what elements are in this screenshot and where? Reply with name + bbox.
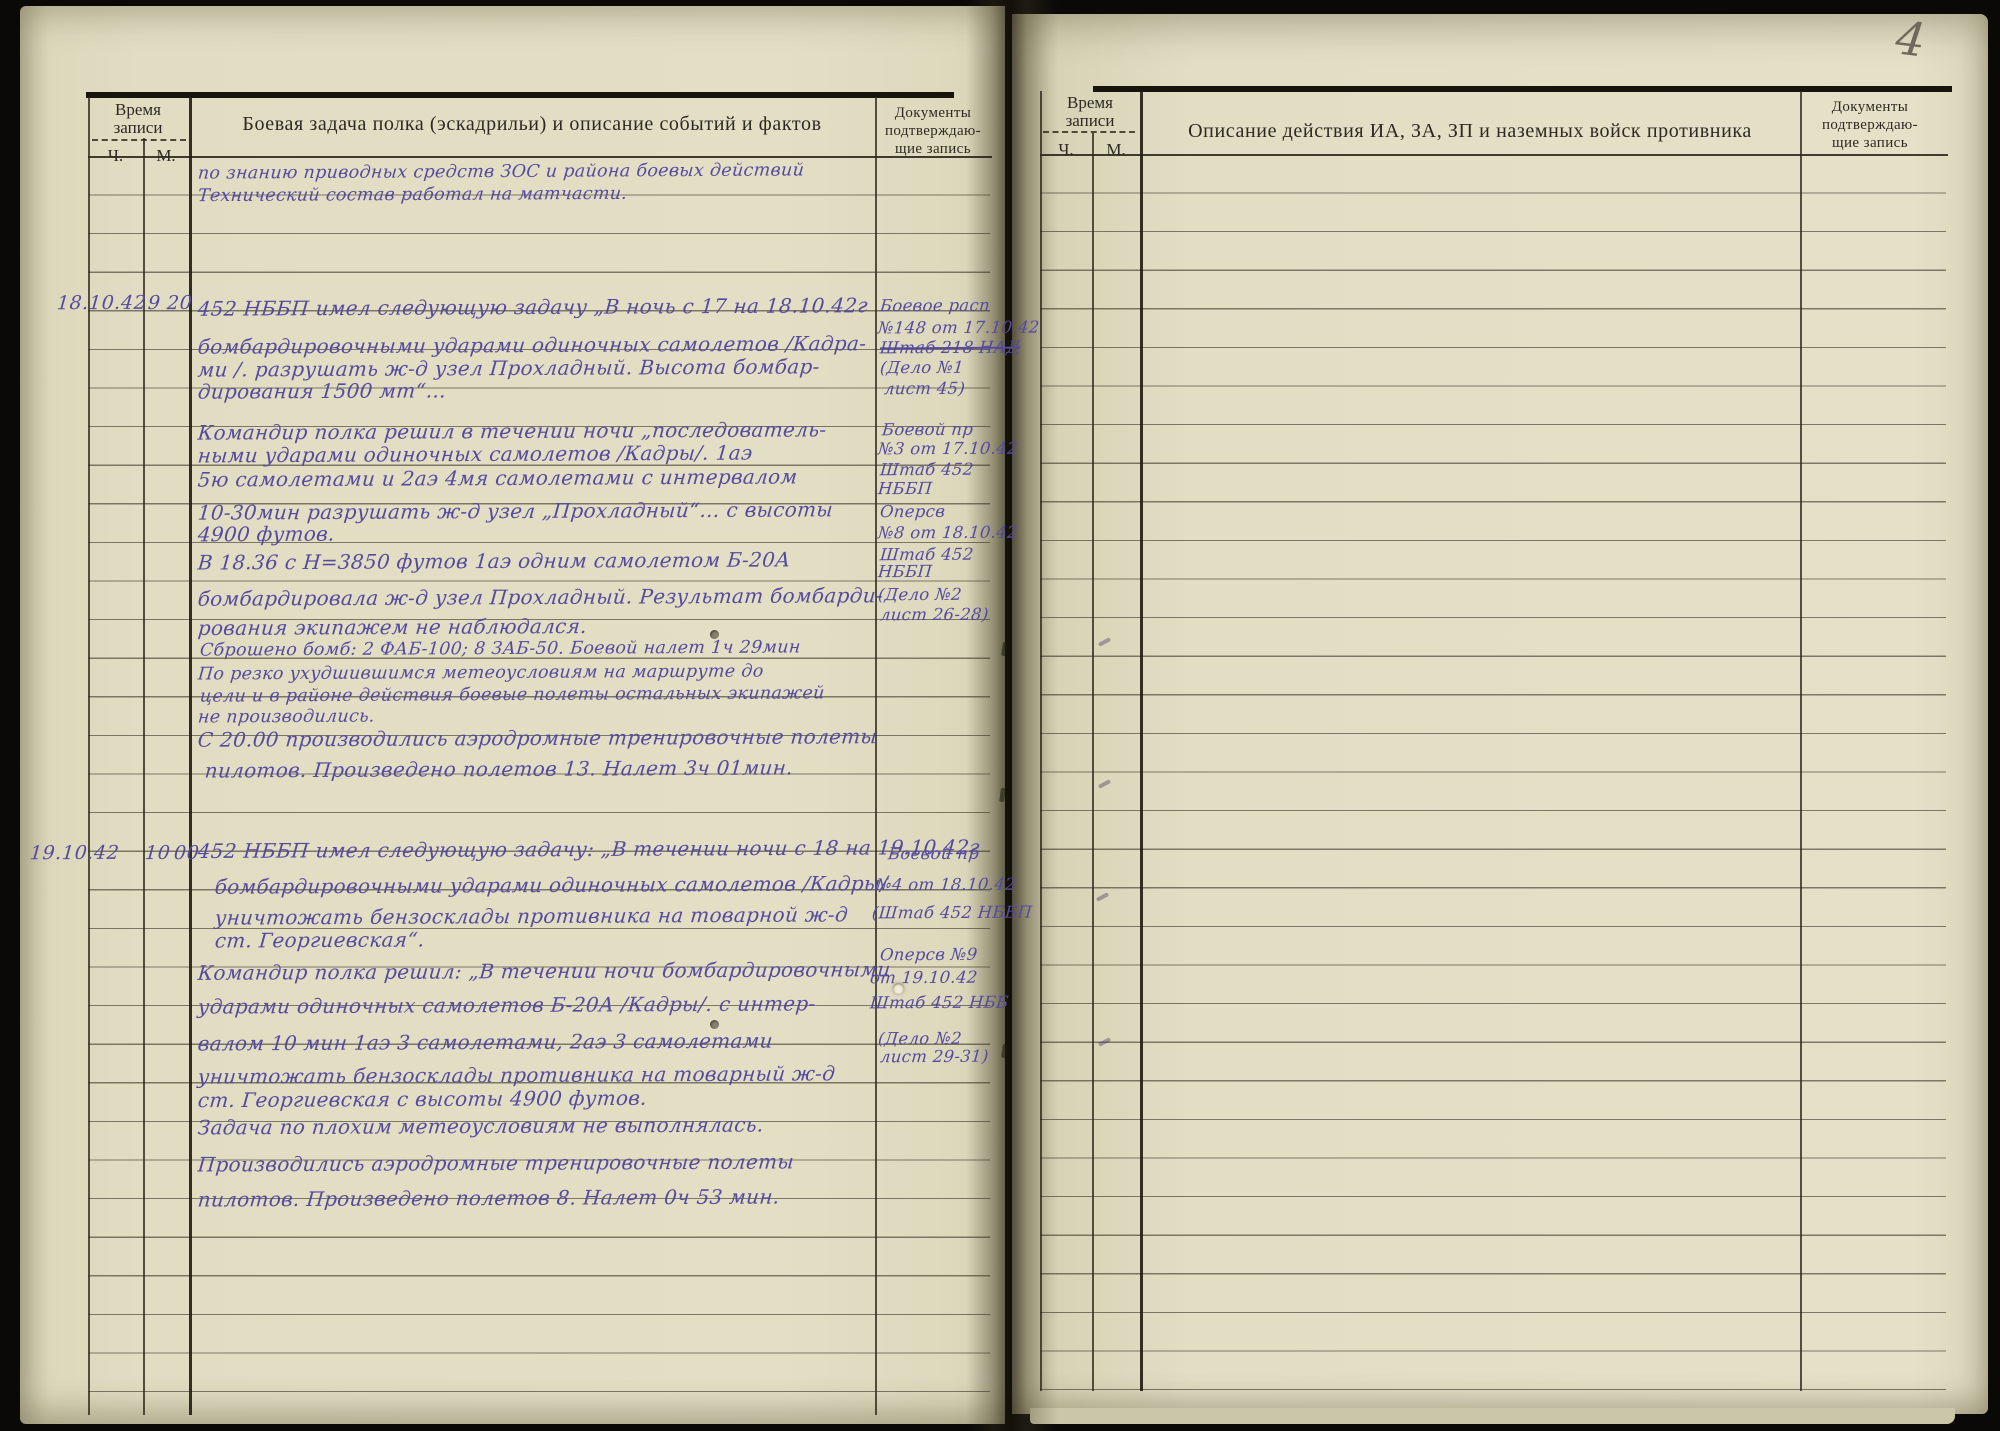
time-header-left: Время записи	[88, 101, 188, 137]
handwritten-line: Командир полка решил: „В течении ночи бо…	[197, 958, 892, 984]
doc-note-line: (Дело №2	[877, 1030, 962, 1048]
doc-note-line: Оперсв №9	[879, 946, 978, 965]
doc-note-line: №148 от 17.10.42	[877, 319, 1040, 338]
docs-column-divider-right	[1800, 91, 1802, 1391]
handwritten-line: Сброшено бомб: 2 ФАБ-100; 8 ЗАБ-50. Боев…	[199, 636, 802, 661]
minutes-label-left: М.	[143, 146, 189, 166]
handwritten-line: ми /. разрушать ж-д узел Прохладный. Выс…	[197, 355, 821, 380]
doc-note-line: Штаб 452	[879, 461, 974, 479]
doc-note-line: лист 45)	[883, 380, 966, 398]
punch-hole	[710, 630, 719, 639]
entry-minutes: 20	[166, 292, 193, 314]
hours-minutes-divider-right	[1092, 133, 1094, 1391]
handwritten-line: бомбардировала ж-д узел Прохладный. Резу…	[197, 584, 884, 610]
handwritten-line: бомбардировочными ударами одиночных само…	[214, 872, 889, 898]
doc-note-line: Штаб 452 НББ	[869, 994, 1009, 1013]
top-rule-right	[1093, 86, 1952, 92]
entry-date: 19.10.42	[29, 842, 120, 864]
doc-note-line: лист 26-28)	[879, 606, 989, 625]
handwritten-line: уничтожать бензосклады противника на тов…	[197, 1062, 836, 1087]
handwritten-line: По резко ухудшившимся метеоусловиям на м…	[197, 661, 765, 686]
handwritten-line: Производились аэродромные тренировочные …	[197, 1150, 795, 1175]
handwritten-line: ными ударами одиночных самолетов /Кадры/…	[197, 442, 753, 467]
doc-note-line: НББП	[877, 563, 933, 581]
docs-column-divider-left	[875, 97, 877, 1415]
time-header-right: Время записи	[1040, 94, 1140, 130]
margin-line-right	[1040, 91, 1042, 1391]
doc-note-line: №3 от 17.10.42	[877, 440, 1018, 459]
handwritten-line: рования экипажем не наблюдался.	[197, 615, 588, 639]
entry-hours: 10	[144, 842, 171, 864]
handwritten-line: пилотов. Произведено полетов 8. Налет 0ч…	[197, 1185, 781, 1210]
time-header-underline-right	[1043, 131, 1135, 133]
doc-note-line: №4 от 18.10.42	[875, 876, 1016, 895]
handwritten-line: 4900 футов.	[197, 523, 336, 546]
entry-date: 18.10.42	[56, 292, 147, 314]
handwritten-line: Технический состав работал на матчасти.	[197, 183, 628, 207]
hours-label-right: Ч.	[1040, 140, 1092, 160]
doc-note-line: №8 от 18.10.42	[877, 524, 1018, 543]
handwritten-line: В 18.36 с Н=3850 футов 1аэ одним самолет…	[197, 548, 792, 573]
hours-minutes-divider-left	[143, 138, 145, 1415]
handwritten-line: уничтожать бензосклады противника на тов…	[214, 903, 849, 928]
docs-column-header-left: Документы подтверждаю- щие запись	[876, 104, 990, 158]
doc-note-line: Боевое расп	[879, 297, 990, 316]
handwritten-line: не производились.	[197, 706, 376, 729]
handwritten-line: Задача по плохим метеоусловиям не выполн…	[197, 1114, 765, 1139]
handwritten-line: ст. Георгиевская“.	[214, 928, 425, 951]
handwritten-line: 10-30мин разрушать ж-д узел „Прохладный“…	[197, 498, 834, 523]
handwritten-line: 452 НББП имел следующую задачу: „В течен…	[197, 836, 981, 862]
handwritten-line: ст. Георгиевская с высоты 4900 футов.	[197, 1087, 648, 1111]
doc-note-line: Оперсв	[879, 503, 946, 521]
main-column-header-left: Боевая задача полка (эскадрильи) и описа…	[189, 113, 875, 136]
main-column-divider-right	[1140, 91, 1143, 1391]
entry-hours: 9	[147, 292, 162, 314]
handwritten-line: по знанию приводных средств ЗОС и района…	[197, 159, 805, 184]
handwritten-line: дирования 1500 мт“…	[197, 379, 447, 402]
handwritten-line: ударами одиночных самолетов Б-20А /Кадры…	[197, 992, 817, 1017]
doc-note-line: Боевой пр	[887, 845, 980, 863]
handwritten-line: 5ю самолетами и 2аэ 4мя самолетами с инт…	[197, 465, 798, 490]
time-header-underline-left	[92, 139, 186, 141]
handwritten-line: С 20.00 производились аэродромные тренир…	[197, 725, 878, 751]
doc-note-line: НББП	[877, 480, 933, 498]
hours-label-left: Ч.	[88, 146, 143, 166]
docs-column-header-right: Документы подтверждаю- щие запись	[1802, 98, 1938, 152]
journal-photo: 4 Время записи Ч. М. Боевая задача полка…	[0, 0, 2000, 1431]
handwritten-line: валом 10 мин 1аэ 3 самолетами, 2аэ 3 сам…	[197, 1029, 774, 1054]
doc-note-line: (Штаб 452 НББП	[871, 904, 1033, 923]
punch-hole	[710, 1020, 719, 1029]
doc-note-line: лист 29-31)	[879, 1048, 989, 1067]
handwritten-line: цели и в районе действия боевые полеты о…	[199, 682, 826, 707]
doc-note-line: (Дело №1	[879, 359, 964, 377]
doc-note-line: Штаб 218 НАД	[879, 339, 1021, 358]
paper-hole	[893, 983, 904, 994]
handwritten-line: пилотов. Произведено полетов 13. Налет 3…	[204, 756, 794, 781]
doc-note-line: от 19.10.42	[869, 969, 978, 988]
minutes-label-right: М.	[1092, 140, 1140, 160]
top-rule-left	[86, 92, 954, 98]
main-column-header-right: Описание действия ИА, ЗА, ЗП и наземных …	[1140, 120, 1800, 143]
next-page-edge	[1030, 1408, 1955, 1424]
doc-note-line: (Дело №2	[877, 586, 962, 604]
ruled-lines-right	[1040, 155, 1946, 1395]
handwritten-line: 452 НББП имел следующую задачу „В ночь с…	[197, 294, 869, 320]
doc-note-line: Боевой пр	[881, 421, 974, 439]
